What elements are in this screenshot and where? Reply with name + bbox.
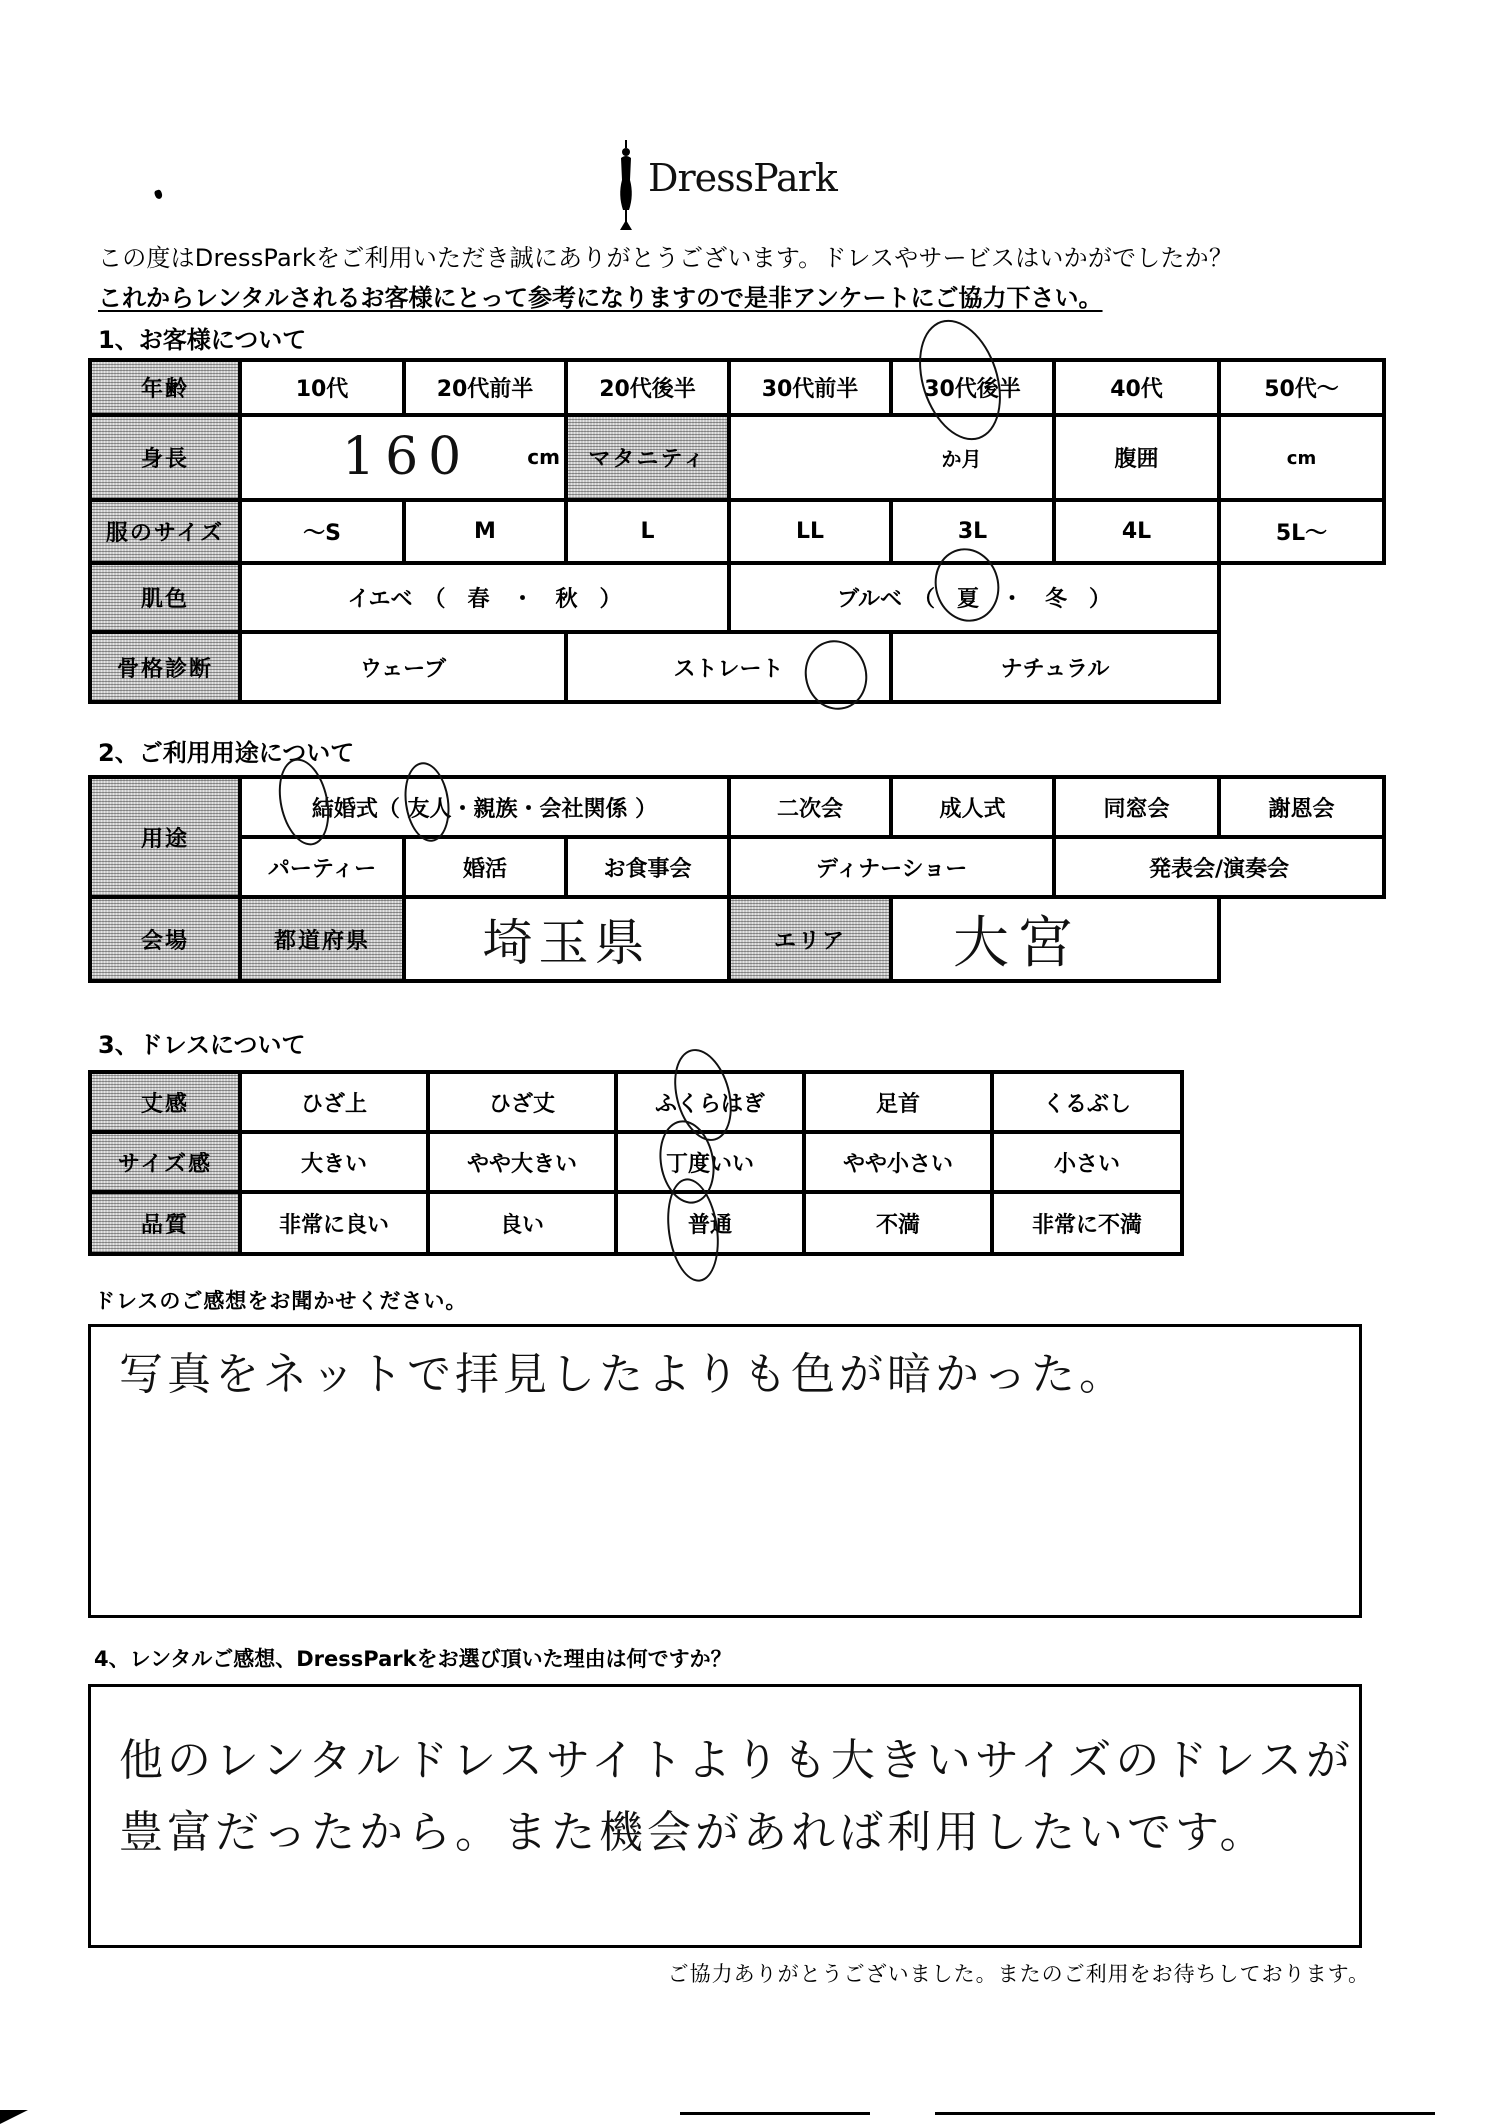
scan-artifact [935, 2112, 1435, 2115]
purpose-row-2: パーティー 婚活 お食事会 ディナーショー 発表会/演奏会 [90, 837, 1384, 897]
section1-title: 1、お客様について [98, 320, 306, 355]
belly-unit: cm [1287, 448, 1316, 469]
empty-cell [1219, 563, 1384, 632]
length-option-selected[interactable]: ふくらはぎ [616, 1072, 804, 1132]
age-option[interactable]: 50代～ [1219, 360, 1384, 415]
fit-option[interactable]: やや小さい [804, 1132, 992, 1192]
comment-box[interactable]: 写真をネットで拝見したよりも色が暗かった。 [88, 1324, 1362, 1618]
height-value: 160 [342, 427, 471, 487]
length-option[interactable]: ひざ上 [240, 1072, 428, 1132]
fit-option-selected[interactable]: 丁度いい [616, 1132, 804, 1192]
frame-label: 骨格診断 [90, 632, 240, 702]
skin-label: 肌色 [90, 563, 240, 632]
dress-rating-table: 丈感 ひざ上 ひざ丈 ふくらはぎ 足首 くるぶし サイズ感 大きい やや大きい … [88, 1070, 1184, 1256]
height-label: 身長 [90, 415, 240, 500]
size-option[interactable]: 5L～ [1219, 500, 1384, 563]
length-option[interactable]: くるぶし [992, 1072, 1182, 1132]
maternity-unit: か月 [942, 447, 982, 471]
scan-artifact [0, 2110, 28, 2124]
intro-text: この度はDressParkをご利用いただき誠にありがとうございます。ドレスやサー… [98, 238, 1233, 273]
closing-message: ご協力ありがとうございました。またのご利用をお待ちしております。 [668, 1958, 1370, 1988]
quality-option[interactable]: 非常に不満 [992, 1192, 1182, 1254]
prefecture-value: 埼玉県 [483, 914, 651, 972]
area-field[interactable]: 大宮 [891, 897, 1219, 981]
section4-title: 4、レンタルご感想、DressParkをお選び頂いた理由は何ですか？ [94, 1643, 732, 1673]
size-option[interactable]: 4L [1054, 500, 1219, 563]
fit-option[interactable]: 大きい [240, 1132, 428, 1192]
purpose-option[interactable]: ディナーショー [729, 837, 1054, 897]
scan-speck [154, 189, 164, 200]
purpose-option[interactable]: 成人式 [891, 777, 1054, 837]
fit-option[interactable]: やや大きい [428, 1132, 616, 1192]
prefecture-field[interactable]: 埼玉県 [404, 897, 729, 981]
purpose-option[interactable]: パーティー [240, 837, 404, 897]
age-option[interactable]: 10代 [240, 360, 404, 415]
size-option-selected[interactable]: 3L [891, 500, 1054, 563]
purpose-option[interactable]: 二次会 [729, 777, 891, 837]
age-row: 年齢 10代 20代前半 20代後半 30代前半 30代後半 40代 50代～ [90, 360, 1384, 415]
age-option[interactable]: 20代前半 [404, 360, 566, 415]
comment-text: 写真をネットで拝見したよりも色が暗かった。 [119, 1339, 1127, 1411]
length-label: 丈感 [90, 1072, 240, 1132]
venue-label: 会場 [90, 897, 240, 981]
fit-option[interactable]: 小さい [992, 1132, 1182, 1192]
length-option[interactable]: ひざ丈 [428, 1072, 616, 1132]
frame-option[interactable]: ウェーブ [240, 632, 566, 702]
size-row: 服のサイズ ～S M L LL 3L 4L 5L～ [90, 500, 1384, 563]
belly-label: 腹囲 [1054, 415, 1219, 500]
age-option-selected[interactable]: 30代後半 [891, 360, 1054, 415]
height-field[interactable]: 160 cm [240, 415, 566, 500]
age-option[interactable]: 30代前半 [729, 360, 891, 415]
section2-title: 2、ご利用用途について [98, 733, 354, 768]
empty-cell [1219, 632, 1384, 702]
height-row: 身長 160 cm マタニティ か月 腹囲 cm [90, 415, 1384, 500]
reason-text-line1: 他のレンタルドレスサイトよりも大きいサイズのドレスが [119, 1725, 1354, 1797]
logo-text: DressPark [648, 156, 837, 200]
length-option[interactable]: 足首 [804, 1072, 992, 1132]
skin-option-blue-base[interactable]: ブルベ （ 夏 ・ 冬 ） [729, 563, 1219, 632]
belly-field[interactable]: cm [1219, 415, 1384, 500]
frame-option[interactable]: ナチュラル [891, 632, 1219, 702]
venue-row: 会場 都道府県 埼玉県 エリア 大宮 [90, 897, 1384, 981]
length-row: 丈感 ひざ上 ひざ丈 ふくらはぎ 足首 くるぶし [90, 1072, 1182, 1132]
quality-option-selected[interactable]: 普通 [616, 1192, 804, 1254]
size-option[interactable]: LL [729, 500, 891, 563]
quality-option[interactable]: 良い [428, 1192, 616, 1254]
quality-label: 品質 [90, 1192, 240, 1254]
purpose-option[interactable]: 婚活 [404, 837, 566, 897]
intro-request: これからレンタルされるお客様にとって参考になりますので是非アンケートにご協力下さ… [98, 278, 1103, 313]
purpose-label: 用途 [90, 777, 240, 897]
area-label: エリア [729, 897, 891, 981]
quality-option[interactable]: 非常に良い [240, 1192, 428, 1254]
usage-table: 用途 結婚式（ 友人・親族・会社関係 ） 二次会 成人式 同窓会 謝恩会 パーテ… [88, 775, 1386, 983]
purpose-option[interactable]: 同窓会 [1054, 777, 1219, 837]
skin-option-yellow-base[interactable]: イエベ （ 春 ・ 秋 ） [240, 563, 729, 632]
size-option[interactable]: ～S [240, 500, 404, 563]
purpose-option[interactable]: 謝恩会 [1219, 777, 1384, 837]
skin-row: 肌色 イエベ （ 春 ・ 秋 ） ブルベ （ 夏 ・ 冬 ） [90, 563, 1384, 632]
fit-row: サイズ感 大きい やや大きい 丁度いい やや小さい 小さい [90, 1132, 1182, 1192]
fit-label: サイズ感 [90, 1132, 240, 1192]
size-option[interactable]: L [566, 500, 729, 563]
quality-option[interactable]: 不満 [804, 1192, 992, 1254]
comment-prompt: ドレスのご感想をお聞かせください。 [94, 1285, 467, 1315]
size-label: 服のサイズ [90, 500, 240, 563]
maternity-field[interactable]: か月 [729, 415, 1054, 500]
age-label: 年齢 [90, 360, 240, 415]
quality-row: 品質 非常に良い 良い 普通 不満 非常に不満 [90, 1192, 1182, 1254]
purpose-option-wedding[interactable]: 結婚式（ 友人・親族・会社関係 ） [240, 777, 729, 837]
age-option[interactable]: 40代 [1054, 360, 1219, 415]
purpose-option[interactable]: お食事会 [566, 837, 729, 897]
prefecture-label: 都道府県 [240, 897, 404, 981]
scan-artifact [680, 2112, 870, 2115]
dresspark-logo: DressPark [600, 140, 860, 230]
frame-option[interactable]: ストレート [566, 632, 891, 702]
dress-mannequin-icon [614, 140, 638, 230]
frame-row: 骨格診断 ウェーブ ストレート ナチュラル [90, 632, 1384, 702]
purpose-row-1: 用途 結婚式（ 友人・親族・会社関係 ） 二次会 成人式 同窓会 謝恩会 [90, 777, 1384, 837]
reason-text-line2: 豊富だったから。また機会があれば利用したいです。 [119, 1797, 1267, 1869]
age-option[interactable]: 20代後半 [566, 360, 729, 415]
height-unit: cm [527, 445, 560, 469]
customer-info-table: 年齢 10代 20代前半 20代後半 30代前半 30代後半 40代 50代～ … [88, 358, 1386, 704]
reason-box[interactable]: 他のレンタルドレスサイトよりも大きいサイズのドレスが 豊富だったから。また機会が… [88, 1684, 1362, 1948]
maternity-label: マタニティ [566, 415, 729, 500]
section3-title: 3、ドレスについて [98, 1025, 306, 1060]
area-value: 大宮 [893, 911, 1081, 976]
empty-cell [1219, 897, 1384, 981]
size-option[interactable]: M [404, 500, 566, 563]
purpose-option[interactable]: 発表会/演奏会 [1054, 837, 1384, 897]
